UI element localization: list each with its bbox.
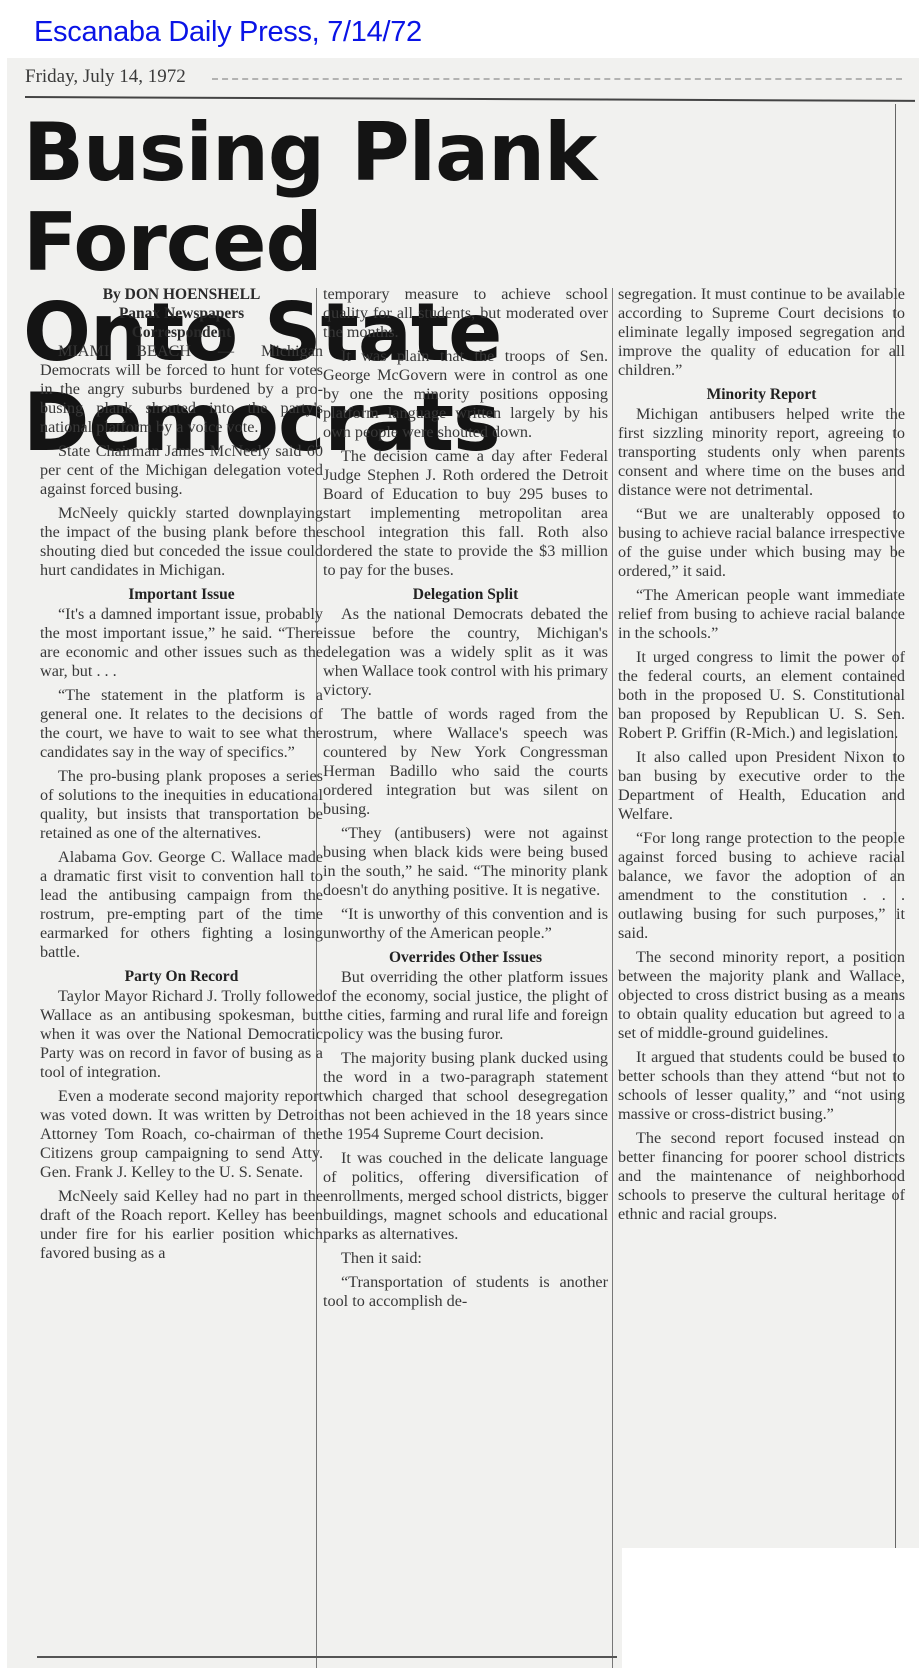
paragraph: It also called upon President Nixon to b… xyxy=(618,748,905,824)
paragraph: “But we are unalterably opposed to busin… xyxy=(618,505,905,581)
paragraph: McNeely said Kelley had no part in the d… xyxy=(40,1187,323,1263)
paragraph: Then it said: xyxy=(323,1249,608,1268)
paragraph: “It's a damned important issue, probably… xyxy=(40,605,323,681)
subhead-party-on-record: Party On Record xyxy=(40,967,323,986)
article-column-2: temporary measure to achieve school qual… xyxy=(323,285,608,1316)
article-column-1: By DON HOENSHELL Panax Newspapers Corres… xyxy=(40,285,323,1268)
paragraph: It argued that students could be bused t… xyxy=(618,1048,905,1124)
paragraph: “Transportation of students is another t… xyxy=(323,1273,608,1311)
paragraph: The second minority report, a position b… xyxy=(618,948,905,1043)
subhead-minority-report: Minority Report xyxy=(618,385,905,404)
article-column-3: segregation. It must continue to be avai… xyxy=(618,285,905,1229)
subhead-delegation-split: Delegation Split xyxy=(323,585,608,604)
paragraph: “The American people want immediate reli… xyxy=(618,586,905,643)
paragraph: It was plain that the troops of Sen. Geo… xyxy=(323,347,608,442)
subhead-overrides-other-issues: Overrides Other Issues xyxy=(323,948,608,967)
newspaper-clipping: Friday, July 14, 1972 Busing Plank Force… xyxy=(7,58,919,1668)
paragraph: State Chairman James McNeely said 60 per… xyxy=(40,442,323,499)
paragraph: It urged congress to limit the power of … xyxy=(618,648,905,743)
clipping-cutout-area xyxy=(622,1548,922,1678)
paragraph: The battle of words raged from the rostr… xyxy=(323,705,608,819)
masthead-dashes xyxy=(212,78,902,82)
byline-author: By DON HOENSHELL xyxy=(40,285,323,304)
paragraph: “For long range protection to the people… xyxy=(618,829,905,943)
paragraph: temporary measure to achieve school qual… xyxy=(323,285,608,342)
paragraph: segregation. It must continue to be avai… xyxy=(618,285,905,380)
source-title: Escanaba Daily Press, 7/14/72 xyxy=(34,14,422,50)
paragraph: McNeely quickly started downplaying the … xyxy=(40,504,323,580)
paragraph: Alabama Gov. George C. Wallace made a dr… xyxy=(40,848,323,962)
top-rule xyxy=(25,96,915,102)
paragraph: “The statement in the platform is a gene… xyxy=(40,686,323,762)
subhead-important-issue: Important Issue xyxy=(40,585,323,604)
paragraph: The pro-busing plank proposes a series o… xyxy=(40,767,323,843)
bottom-rule xyxy=(37,1656,617,1658)
paragraph: As the national Democrats debated the is… xyxy=(323,605,608,700)
paragraph: The decision came a day after Federal Ju… xyxy=(323,447,608,580)
paragraph: Michigan antibusers helped write the fir… xyxy=(618,405,905,500)
paragraph: It was couched in the delicate language … xyxy=(323,1149,608,1244)
column-rule-2 xyxy=(612,288,613,1668)
paragraph: The second report focused instead on bet… xyxy=(618,1129,905,1224)
paragraph: Taylor Mayor Richard J. Trolly followed … xyxy=(40,987,323,1082)
paragraph: Even a moderate second majority report w… xyxy=(40,1087,323,1182)
paragraph: “They (antibusers) were not against busi… xyxy=(323,824,608,900)
headline-line-1: Busing Plank Forced xyxy=(23,108,903,288)
paragraph: But overriding the other platform issues… xyxy=(323,968,608,1044)
paragraph: “It is unworthy of this convention and i… xyxy=(323,905,608,943)
paragraph: The majority busing plank ducked using t… xyxy=(323,1049,608,1144)
paragraph: MIAMI BEACH — Michigan Democrats will be… xyxy=(40,342,323,437)
dateline: Friday, July 14, 1972 xyxy=(25,66,186,88)
byline-role: Correspondent xyxy=(40,323,323,342)
byline-org: Panax Newspapers xyxy=(40,304,323,323)
